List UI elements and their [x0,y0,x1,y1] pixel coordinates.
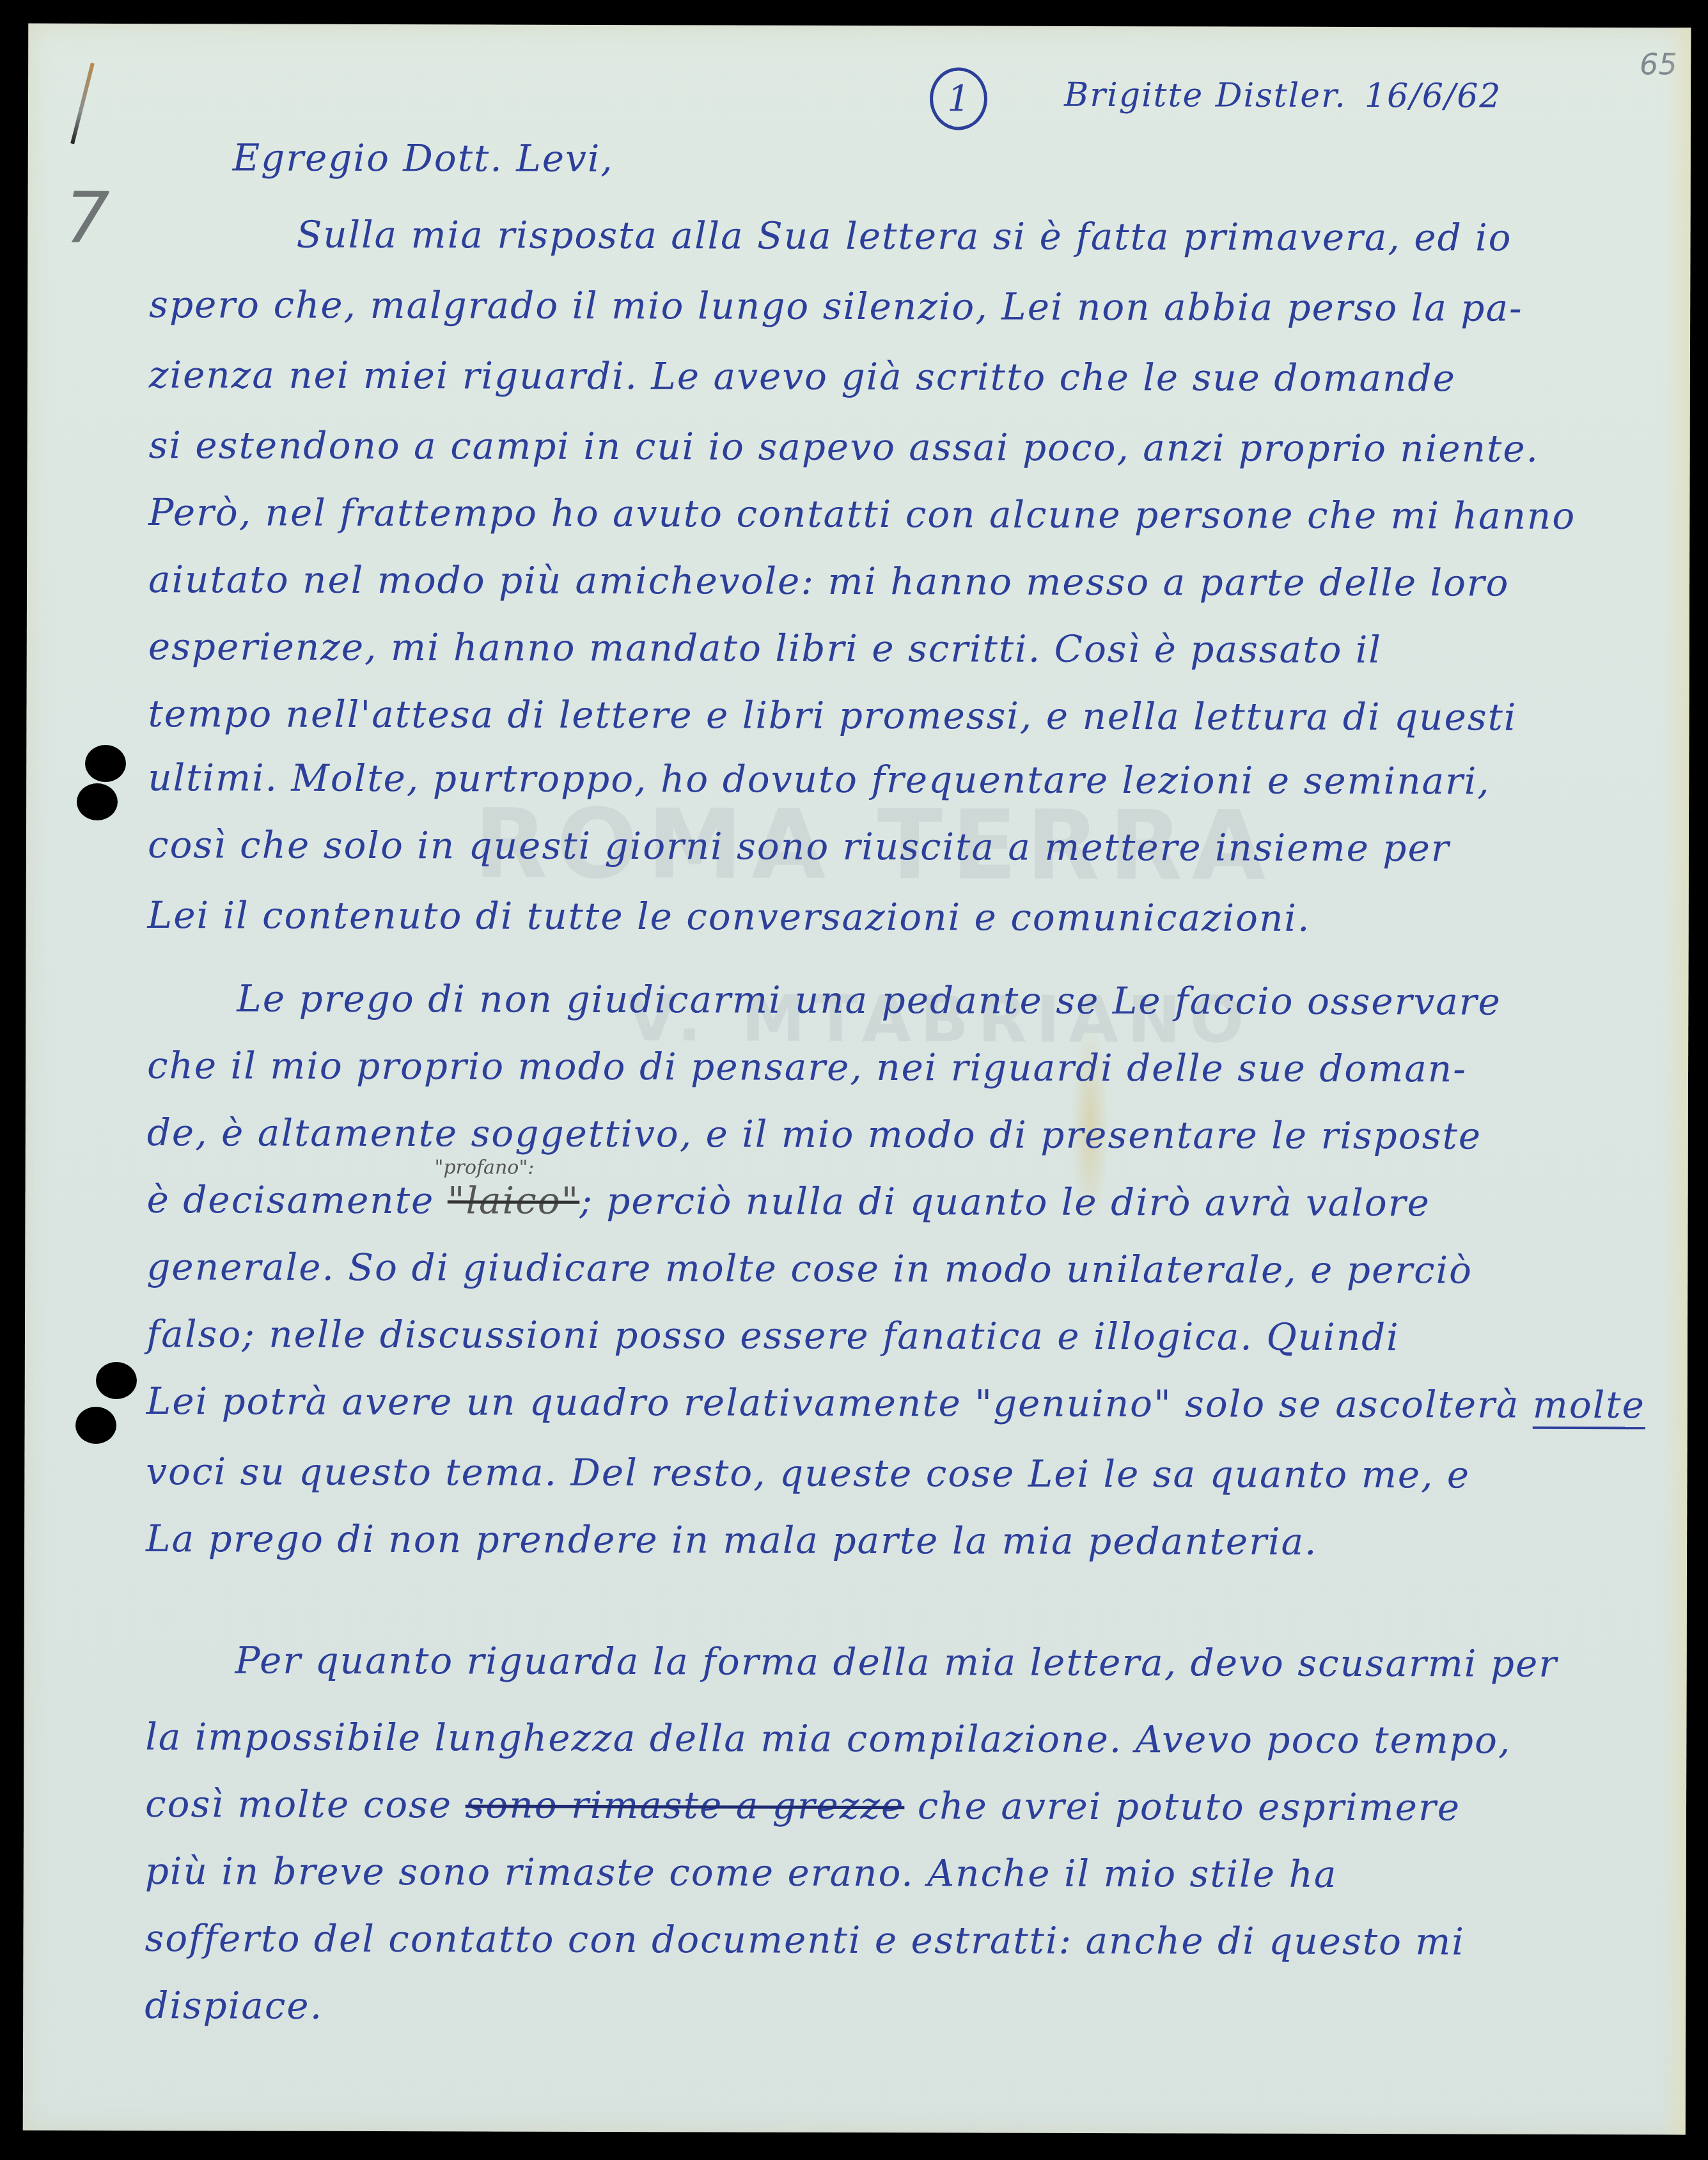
letter-line: dispiace. [145,1987,323,2024]
letter-line: si estendono a campi in cui io sapevo as… [149,427,1540,467]
letter-line: la impossibile lunghezza della mia compi… [145,1718,1511,1759]
letter-line: Lei il contenuto di tutte le conversazio… [148,896,1311,937]
letter-line-with-correction: è decisamente "laico"; perciò nulla di q… [146,1181,1430,1221]
line-text-before: così molte cose [145,1782,466,1826]
line-text-before: è decisamente [146,1178,448,1222]
letter-line: de, è altamente soggettivo, e il mio mod… [147,1114,1482,1154]
letter-line-with-correction: così molte cose sono rimaste a grezze ch… [145,1785,1461,1826]
letter-line: zienza nei miei riguardi. Le avevo già s… [149,356,1456,396]
line-text-before: Lei potrà avere un quadro relativamente … [146,1379,1533,1427]
binder-punch-hole [75,1407,116,1444]
circled-page-number: 1 [930,67,987,130]
letter-line: Però, nel frattempo ho avuto contatti co… [148,494,1576,535]
letter-line: falso; nelle discussioni posso essere fa… [146,1315,1400,1356]
letter-line: che il mio proprio modo di pensare, nei … [147,1047,1467,1087]
line-text-after: ; perciò nulla di quanto le dirò avrà va… [579,1179,1430,1225]
author-name: Brigitte Distler. [1064,76,1347,115]
letter-line: così che solo in questi giorni sono rius… [148,826,1450,866]
letter-line: tempo nell'attesa di lettere e libri pro… [148,695,1517,736]
letter-line: ultimi. Molte, purtroppo, ho dovuto freq… [148,759,1491,799]
pencil-margin-number: 7 [65,177,109,259]
letter-line: più in breve sono rimaste come erano. An… [145,1852,1338,1893]
letter-line: Sulla mia risposta alla Sua lettera si è… [296,216,1512,256]
binder-punch-hole [85,745,126,782]
letter-line: sofferto del contatto con documenti e es… [145,1920,1465,1960]
letter-line: spero che, malgrado il mio lungo silenzi… [149,286,1523,327]
letter-line: generale. So di giudicare molte cose in … [146,1248,1473,1288]
letter-date: 16/6/62 [1365,77,1502,116]
letter-line: voci su questo tema. Del resto, queste c… [146,1453,1470,1493]
letter-line: Le prego di non giudicarmi una pedante s… [237,980,1501,1020]
salutation: Egregio Dott. Levi, [233,139,614,177]
letter-page: ROMA TERRA V. MTABRIANO 7 1 Brigitte Dis… [23,24,1691,2135]
letter-line: esperienze, mi hanno mandato libri e scr… [148,628,1382,668]
letter-line: La prego di non prendere in mala parte l… [146,1520,1318,1560]
struck-word: "laico" [448,1178,580,1223]
binder-punch-hole [77,783,118,820]
letter-line: aiutato nel modo più amichevole: mi hann… [148,561,1510,602]
underlined-word: molte [1533,1383,1645,1427]
pencil-slash-mark [70,63,95,145]
letter-line: Per quanto riguarda la forma della mia l… [235,1641,1558,1682]
binder-punch-hole [96,1362,137,1399]
struck-phrase: sono rimaste a grezze [466,1783,905,1827]
inserted-correction-profano: "profano": [435,1156,535,1178]
letter-line-with-underline: Lei potrà avere un quadro relativamente … [146,1382,1645,1423]
line-text-after: che avrei potuto esprimere [904,1784,1461,1829]
archive-page-number: 65 [1640,47,1677,81]
